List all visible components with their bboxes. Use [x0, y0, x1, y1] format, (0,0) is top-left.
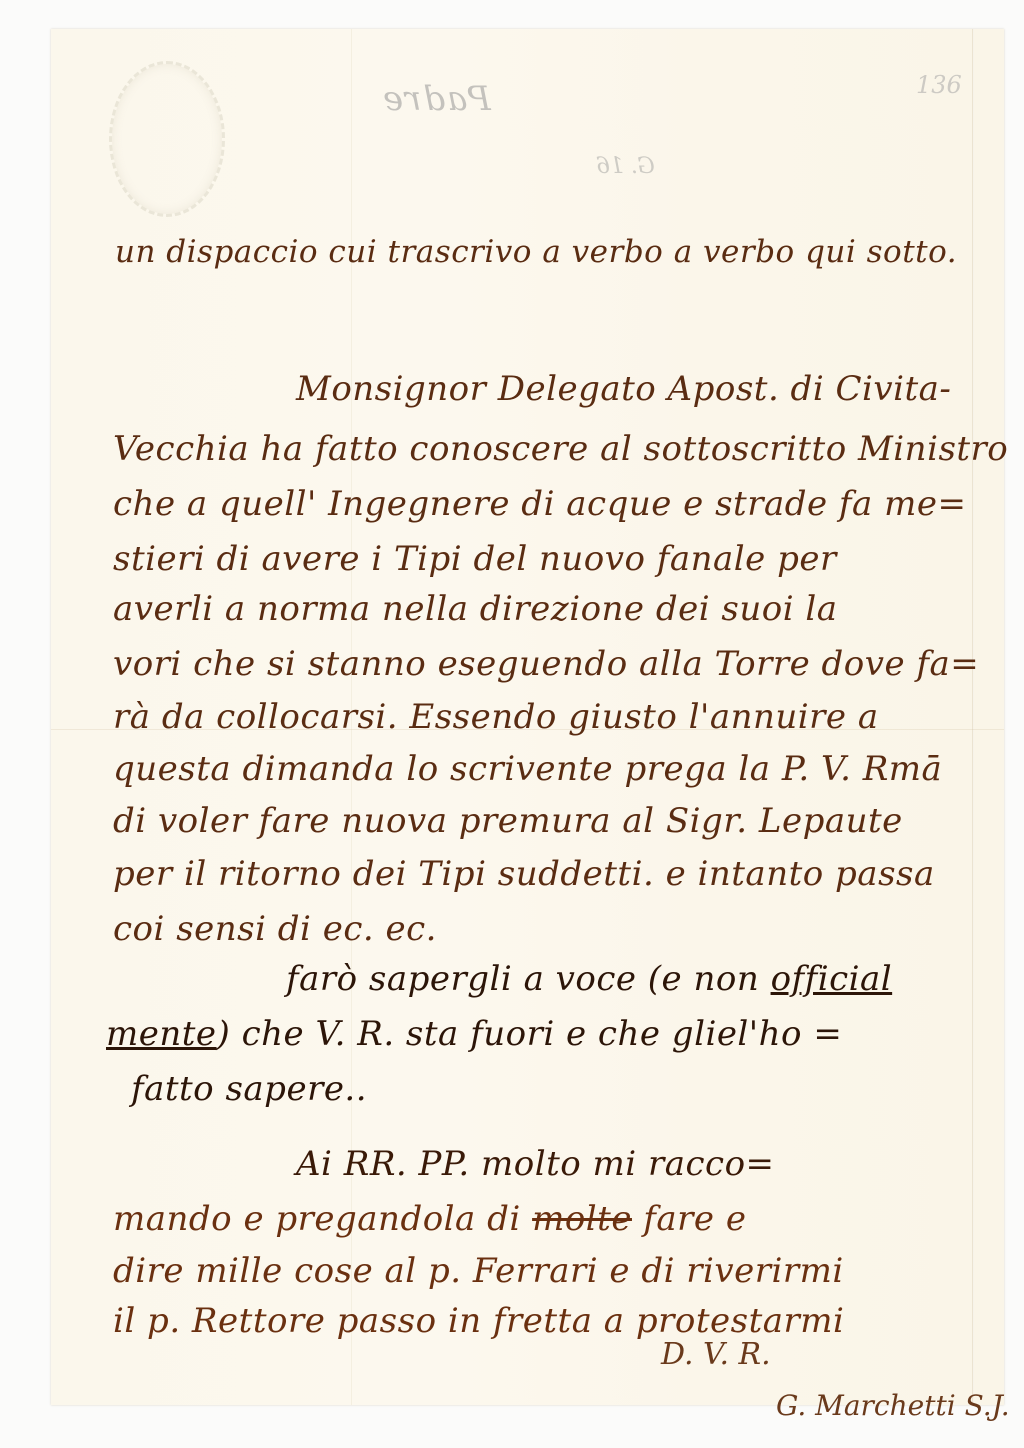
letter-line-7: vori che si stanno eseguendo alla Torre …	[113, 644, 979, 684]
letter-line-10: di voler fare nuova premura al Sigr. Lep…	[113, 801, 903, 841]
closing-line-4: il p. Rettore passo in fretta a protesta…	[113, 1301, 844, 1341]
folio-number: 136	[916, 71, 962, 99]
signature: G. Marchetti S.J.	[776, 1389, 1010, 1422]
postscript-text: ) che V. R. sta fuori e che gliel'ho =	[217, 1014, 843, 1054]
closing-line-1: Ai RR. PP. molto mi racco=	[296, 1144, 775, 1184]
closing-line-2: mando e pregandola di molte fare e	[113, 1199, 746, 1239]
postscript-line-1: farò sapergli a voce (e non official	[286, 959, 892, 999]
embossed-stamp-icon	[109, 61, 225, 217]
scanned-letter: Padre 136 G. 16 un dispaccio cui trascri…	[0, 0, 1024, 1448]
letter-line-8: rà da collocarsi. Essendo giusto l'annui…	[113, 697, 879, 737]
closing-line-3: dire mille cose al p. Ferrari e di river…	[113, 1251, 844, 1291]
underlined-word: official	[771, 959, 893, 999]
salutation: D. V. R.	[661, 1337, 771, 1372]
postscript-line-2: mente) che V. R. sta fuori e che gliel'h…	[106, 1014, 842, 1054]
letter-line-3: Vecchia ha fatto conoscere al sottoscrit…	[113, 429, 1008, 469]
letter-line-1: un dispaccio cui trascrivo a verbo a ver…	[115, 234, 957, 270]
letter-line-11: per il ritorno dei Tipi suddetti. e inta…	[113, 854, 935, 894]
closing-text: fare e	[632, 1199, 746, 1239]
postscript-text: farò sapergli a voce (e non	[286, 959, 771, 999]
vertical-fold	[972, 29, 974, 1405]
letter-line-2: Monsignor Delegato Apost. di Civita-	[296, 369, 951, 409]
underlined-word: mente	[106, 1014, 217, 1054]
letter-line-6: averli a norma nella direzione dei suoi …	[113, 589, 838, 629]
closing-text: mando e pregandola di	[113, 1199, 532, 1239]
letter-line-9: questa dimanda lo scrivente prega la P. …	[113, 749, 942, 789]
paper-sheet: Padre 136 G. 16 un dispaccio cui trascri…	[51, 29, 1004, 1405]
bleed-through-header: Padre	[381, 79, 491, 119]
bleed-through-mark: G. 16	[596, 154, 655, 179]
letter-line-12: coi sensi di ec. ec.	[113, 909, 437, 949]
letter-line-5: stieri di avere i Tipi del nuovo fanale …	[113, 539, 837, 579]
letter-line-4: che a quell' Ingegnere di acque e strade…	[113, 484, 966, 524]
struck-word: molte	[532, 1199, 632, 1239]
postscript-line-3: fatto sapere..	[131, 1069, 367, 1109]
